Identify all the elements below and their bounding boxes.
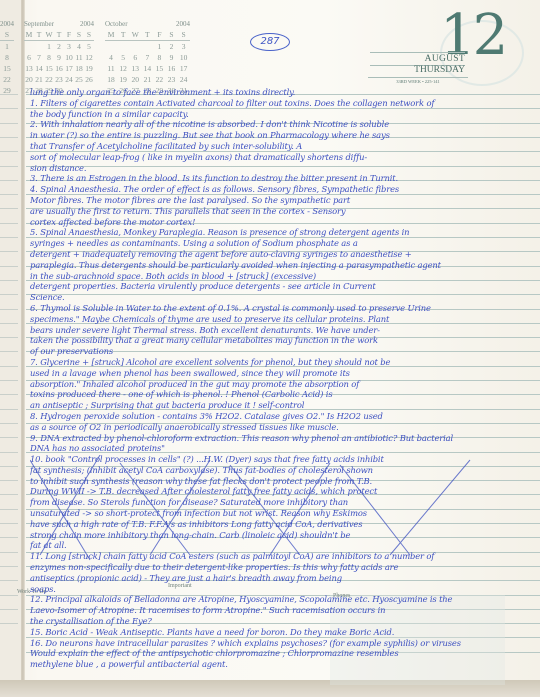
weekday-row: MTWTFSS: [24, 30, 94, 41]
calendar-date: 21: [141, 74, 153, 85]
calendar-date: 2: [165, 41, 177, 52]
note-line: 3. There is an Estrogen in the blood. Is…: [30, 173, 530, 184]
rule-line: [0, 166, 18, 167]
weekday-label: F: [153, 30, 165, 39]
note-line: specimens." Maybe Chemicals of thyme are…: [30, 314, 530, 325]
calendar-year: 2004: [0, 20, 14, 28]
calendar-date: 2: [54, 41, 64, 52]
calendar-date: 18: [74, 63, 84, 74]
rule-line: [0, 94, 18, 95]
calendar-date: 13: [24, 63, 34, 74]
rule-line: [0, 409, 18, 410]
calendar-date: 23: [165, 74, 177, 85]
note-line: lung the only organ to face the environm…: [30, 87, 530, 98]
note-line: of our preservations: [30, 346, 530, 357]
note-line: fat at all.: [30, 540, 530, 551]
calendar-date: 22: [3, 74, 11, 85]
rule-line: [0, 452, 18, 453]
rule-line: [0, 323, 18, 324]
note-line: 16. Do neurons have intracellular parasi…: [30, 638, 530, 649]
rule-line: [0, 509, 18, 510]
calendar-date: 12: [117, 63, 129, 74]
calendar-date: 19: [84, 63, 94, 74]
calendar-date: [105, 41, 117, 52]
calendar-date: 17: [64, 63, 74, 74]
weekday-label: W: [44, 30, 54, 39]
note-line: 8. Hydrogen peroxide solution - contains…: [30, 411, 530, 422]
rule-line: [0, 108, 18, 109]
note-line: 5. Spinal Anaesthesia, Monkey Paraplegia…: [30, 227, 530, 238]
rule-line: [0, 466, 18, 467]
calendar-date: 3: [178, 41, 190, 52]
calendar-date: 22: [44, 74, 54, 85]
rule-line: [0, 237, 18, 238]
calendar-date: 4: [105, 52, 117, 63]
calendar-date: 20: [24, 74, 34, 85]
note-line: that Transfer of Acetylcholine facilitat…: [30, 141, 530, 152]
calendar-date: 17: [178, 63, 190, 74]
calendar-date: 1: [44, 41, 54, 52]
weekday-label: S: [165, 30, 177, 39]
note-line: Motor fibres. The motor fibres are the l…: [30, 195, 530, 206]
month-name: October: [105, 20, 128, 28]
calendar-date: [117, 41, 129, 52]
note-line: to inhibit such synthesis (reason why th…: [30, 476, 530, 487]
note-line: 4. Spinal Anaesthesia. The order of effe…: [30, 184, 530, 195]
rule-line: [0, 380, 18, 381]
calendar-date: 12: [84, 52, 94, 63]
note-line: unsaturated -> so short-protect from inf…: [30, 508, 530, 519]
note-line: 2. With inhalation nearly all of the nic…: [30, 119, 530, 130]
rule-line: [0, 609, 18, 610]
note-line: used in a lavage when phenol has been sw…: [30, 368, 530, 379]
weekday-row: MTWTFSS: [105, 30, 190, 41]
note-line: an antiseptic ; Surprising that gut bact…: [30, 400, 530, 411]
rule-line: [0, 309, 18, 310]
calendar-date: 6: [24, 52, 34, 63]
weekday-label: F: [64, 30, 74, 39]
weekday-label: T: [141, 30, 153, 39]
note-line: sion distance.: [30, 163, 530, 174]
calendar-date: 11: [105, 63, 117, 74]
note-line: Science.: [30, 292, 530, 303]
rule-line: [0, 223, 18, 224]
rule-line: [0, 437, 18, 438]
month-name: September: [24, 20, 54, 28]
calendar-week: 13141516171819: [24, 63, 94, 74]
note-line: detergent + inadequately removing the ag…: [30, 249, 530, 260]
date-week-info: 33RD WEEK • 225-141: [368, 77, 468, 84]
note-line: enzymes non-specifically due to their de…: [30, 562, 530, 573]
calendar-october: October 2004 MTWTFSS 1234567891011121314…: [105, 20, 190, 96]
calendar-date: 24: [64, 74, 74, 85]
note-line: 6. Thymol is Soluble in Water to the ext…: [30, 303, 530, 314]
calendar-date: 15: [44, 63, 54, 74]
calendar-date: 11: [74, 52, 84, 63]
calendar-date: 8: [5, 52, 9, 63]
weekday-label: M: [105, 30, 117, 39]
calendar-previous-month: 2004 S 1 8 15 22 29: [0, 20, 14, 96]
note-line: 9. DNA extracted by phenol-chloroform ex…: [30, 433, 530, 444]
calendar-date: [141, 41, 153, 52]
calendar-date: 21: [34, 74, 44, 85]
note-line: DNA has no associated proteins": [30, 443, 530, 454]
rule-line: [0, 123, 18, 124]
calendar-date: 7: [34, 52, 44, 63]
calendar-date: 15: [3, 63, 11, 74]
note-line: antiseptics (propionic acid) - They are …: [30, 573, 530, 584]
calendar-date: 4: [74, 41, 84, 52]
page-number: 287: [250, 33, 290, 51]
note-line: taken the possibility that a great many …: [30, 335, 530, 346]
calendar-date: 26: [84, 74, 94, 85]
weekday-label: W: [129, 30, 141, 39]
note-line: 12. Principal alkaloids of Belladonna ar…: [30, 594, 530, 605]
rule-line: [0, 423, 18, 424]
calendar-date: 9: [54, 52, 64, 63]
rule-line: [0, 351, 18, 352]
note-line: have such a high rate of T.B. F.F.A's as…: [30, 519, 530, 530]
note-line: from disease. So Sterols function for di…: [30, 497, 530, 508]
rule-line: [0, 294, 18, 295]
calendar-date: 19: [117, 74, 129, 85]
calendar-date: 18: [105, 74, 117, 85]
rule-line: [0, 623, 18, 624]
rule-line: [0, 151, 18, 152]
note-line: 1. Filters of cigarettes contain Activat…: [30, 98, 530, 109]
rule-line: [0, 580, 18, 581]
weekday-label: S: [84, 30, 94, 39]
rule-line: [0, 480, 18, 481]
note-line: sort of molecular leap-frog ( like in my…: [30, 152, 530, 163]
note-line: During WWII -> T.B. decreased After chol…: [30, 486, 530, 497]
note-line: absorption." Inhaled alcohol produced in…: [30, 379, 530, 390]
date-month: AUGUST: [370, 52, 465, 66]
calendar-date: 20: [129, 74, 141, 85]
handwritten-notes: lung the only organ to face the environm…: [30, 87, 530, 670]
calendar-date: 7: [141, 52, 153, 63]
calendar-date: 5: [117, 52, 129, 63]
weekday-label: S: [5, 30, 9, 39]
calendar-year: 2004: [80, 20, 94, 28]
note-line: in water (?) so the entire is puzzling. …: [30, 130, 530, 141]
calendar-september: September 2004 MTWTFSS 12345678910111213…: [24, 20, 94, 96]
rule-line: [0, 280, 18, 281]
calendar-week: 11121314151617: [105, 63, 190, 74]
calendar-date: 10: [178, 52, 190, 63]
rule-line: [0, 566, 18, 567]
calendar-week: 45678910: [105, 52, 190, 63]
note-line: are usually the first to return. This pa…: [30, 206, 530, 217]
note-line: soaps.: [30, 584, 530, 595]
note-line: syringes + needles as contaminants. Usin…: [30, 238, 530, 249]
calendar-week: 123: [105, 41, 190, 52]
rule-line: [0, 523, 18, 524]
note-line: as a source of O2 in periodically anaero…: [30, 422, 530, 433]
calendar-date: 25: [74, 74, 84, 85]
calendar-date: [24, 41, 34, 52]
calendar-date: 22: [153, 74, 165, 85]
note-line: 11. Long [struck] chain fatty acid CoA e…: [30, 551, 530, 562]
note-line: methylene blue , a powerful antibacteria…: [30, 659, 530, 670]
note-line: the body function in a similar capacity.: [30, 109, 530, 120]
rule-line: [0, 494, 18, 495]
calendar-week: 12345: [24, 41, 94, 52]
rule-line: [0, 251, 18, 252]
note-line: Laevo-Isomer of Atropine. It racemises t…: [30, 605, 530, 616]
note-line: detergent properties. Bacteria virulentl…: [30, 281, 530, 292]
calendar-week: 18192021222324: [105, 74, 190, 85]
calendar-week: 6789101112: [24, 52, 94, 63]
note-line: paraplegia. Thus detergents should be pa…: [30, 260, 530, 271]
calendar-date: 3: [64, 41, 74, 52]
calendar-date: 24: [178, 74, 190, 85]
rule-line: [0, 194, 18, 195]
calendar-date: 5: [84, 41, 94, 52]
rule-line: [0, 537, 18, 538]
rule-line: [0, 208, 18, 209]
calendar-week: 20212223242526: [24, 74, 94, 85]
note-line: bears under severe light Thermal stress.…: [30, 325, 530, 336]
date-weekday: THURSDAY: [370, 65, 465, 75]
calendar-date: 13: [129, 63, 141, 74]
rule-line: [0, 394, 18, 395]
calendar-date: 8: [44, 52, 54, 63]
note-line: 7. Glycerine + [struck] Alcohol are exce…: [30, 357, 530, 368]
calendar-date: 6: [129, 52, 141, 63]
calendar-date: [129, 41, 141, 52]
note-line: the crystallisation of the Eye?: [30, 616, 530, 627]
note-line: toxins produced there - one of which is …: [30, 389, 530, 400]
previous-page-edge: [0, 0, 21, 680]
weekday-label: M: [24, 30, 34, 39]
note-line: strong chain more inhibitory than long-c…: [30, 530, 530, 541]
rule-line: [0, 552, 18, 553]
calendar-date: 10: [64, 52, 74, 63]
calendar-date: 23: [54, 74, 64, 85]
rule-line: [0, 266, 18, 267]
weekday-label: S: [74, 30, 84, 39]
weekday-label: T: [117, 30, 129, 39]
calendar-date: 1: [5, 41, 9, 52]
calendar-date: [34, 41, 44, 52]
weekday-label: T: [34, 30, 44, 39]
rule-line: [0, 337, 18, 338]
note-line: fat synthesis; (inhibit acetyl CoA carbo…: [30, 465, 530, 476]
note-line: 10. book "Control processes in cells" (?…: [30, 454, 530, 465]
note-line: cortex affected before the motor cortex!: [30, 217, 530, 228]
calendar-date: 15: [153, 63, 165, 74]
note-line: Would explain the effect of the antipsyc…: [30, 648, 530, 659]
rule-line: [0, 180, 18, 181]
calendar-date: 1: [153, 41, 165, 52]
calendar-date: 16: [165, 63, 177, 74]
note-line: in the sub-arachnoid space. Both acids i…: [30, 271, 530, 282]
calendar-date: 14: [34, 63, 44, 74]
rule-line: [0, 366, 18, 367]
calendar-year: 2004: [176, 20, 190, 28]
page-binding: [21, 0, 25, 680]
weekday-label: T: [54, 30, 64, 39]
weekday-label: S: [178, 30, 190, 39]
calendar-date: 14: [141, 63, 153, 74]
rule-line: [0, 137, 18, 138]
calendar-date: 8: [153, 52, 165, 63]
note-line: 15. Boric Acid - Weak Antiseptic. Plants…: [30, 627, 530, 638]
calendar-date: 9: [165, 52, 177, 63]
calendar-date: 16: [54, 63, 64, 74]
rule-line: [0, 595, 18, 596]
